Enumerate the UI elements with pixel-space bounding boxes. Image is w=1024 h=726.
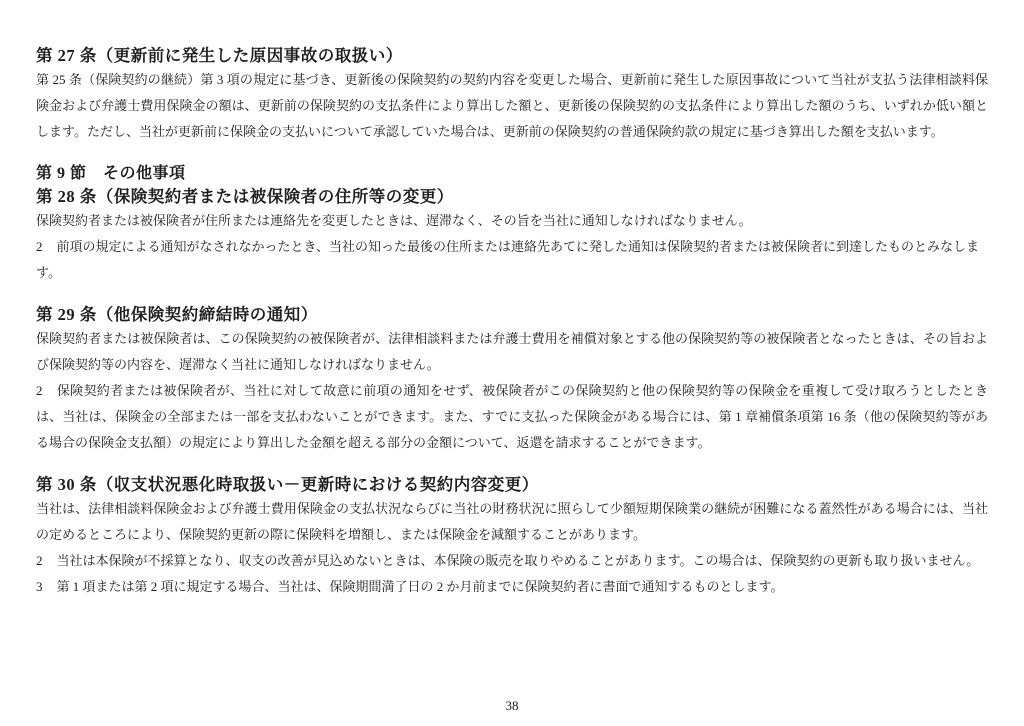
article-29-paragraph-1: 保険契約者または被保険者は、この保険契約の被保険者が、法律相談料または弁護士費用…	[36, 326, 988, 378]
article-30-heading: 第 30 条（収支状況悪化時取扱い－更新時における契約内容変更）	[36, 473, 988, 496]
document-page: 第 27 条（更新前に発生した原因事故の取扱い） 第 25 条（保険契約の継続）…	[0, 0, 1024, 726]
clause-number: 2	[36, 378, 43, 404]
page-number: 38	[0, 698, 1024, 714]
clause-number: 2	[36, 548, 43, 574]
article-29-heading: 第 29 条（他保険契約締結時の通知）	[36, 303, 988, 326]
clause-text: 保険契約者または被保険者が、当社に対して故意に前項の通知をせず、被保険者がこの保…	[36, 383, 988, 450]
clause-text: 当社は本保険が不採算となり、収支の改善が見込めないときは、本保険の販売を取りやめ…	[57, 553, 980, 568]
article-30-paragraph-3: 3第 1 項または第 2 項に規定する場合、当社は、保険期間満了日の 2 か月前…	[36, 574, 988, 600]
clause-number: 2	[36, 234, 43, 260]
clause-text: 前項の規定による通知がなされなかったとき、当社の知った最後の住所または連絡先あて…	[36, 239, 979, 280]
article-29-paragraph-2: 2保険契約者または被保険者が、当社に対して故意に前項の通知をせず、被保険者がこの…	[36, 378, 988, 456]
article-30-paragraph-1: 当社は、法律相談料保険金および弁護士費用保険金の支払状況ならびに当社の財務状況に…	[36, 496, 988, 548]
article-27-paragraph-1: 第 25 条（保険契約の継続）第 3 項の規定に基づき、更新後の保険契約の契約内…	[36, 67, 988, 145]
section-9-heading: 第 9 節 その他事項	[36, 162, 988, 185]
article-28-paragraph-1: 保険契約者または被保険者が住所または連絡先を変更したときは、遅滞なく、その旨を当…	[36, 208, 988, 234]
article-28-paragraph-2: 2前項の規定による通知がなされなかったとき、当社の知った最後の住所または連絡先あ…	[36, 234, 988, 286]
article-30-paragraph-2: 2当社は本保険が不採算となり、収支の改善が見込めないときは、本保険の販売を取りや…	[36, 548, 988, 574]
article-28-heading: 第 28 条（保険契約者または被保険者の住所等の変更）	[36, 185, 988, 208]
clause-number: 3	[36, 574, 43, 600]
clause-text: 第 1 項または第 2 項に規定する場合、当社は、保険期間満了日の 2 か月前ま…	[57, 579, 784, 594]
article-27-heading: 第 27 条（更新前に発生した原因事故の取扱い）	[36, 44, 988, 67]
